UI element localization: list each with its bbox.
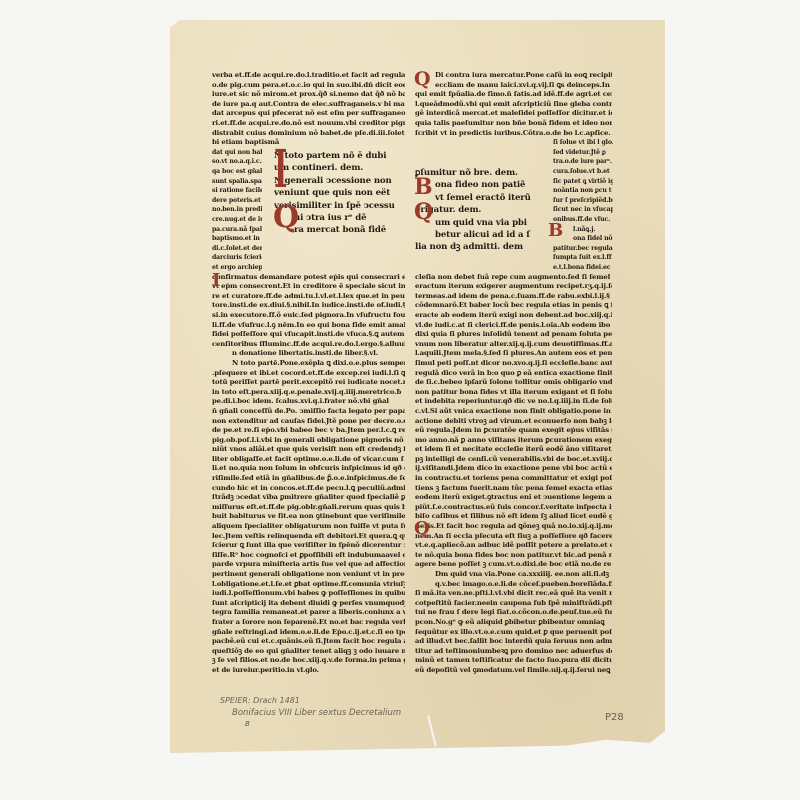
initial-B-right: B [414,176,433,198]
text-line: qa boc est gñale illa [212,167,262,177]
text-line: vnum non liberatur alter.xij.q.ij.cum de… [415,340,612,350]
initial-I-large: I [274,144,287,196]
text-line: et idem ſi et necitate eccleſie iterũ eo… [415,445,612,455]
text-line: N toto partē.Pone.exẽpla ꝗ dixi.o.e.plus… [212,359,405,369]
text-line: ri.et.ff.de acqui.re.do.nõ est nouum.vbi… [212,119,405,129]
right-column: Di contra iura mercatur.Pone caſũ in eoꝗ… [415,71,612,138]
text-line: .pſequere et ibi.et cocord.et.ff.de exce… [212,369,405,379]
annotation-title: Bonifacius VIII Liber sextus Decretalium [232,708,401,718]
text-line: riſimile.ſed etiã in gñalibus.de ꝑ̃.o.e.… [212,474,405,484]
document-leaf: verba et.ff.de acqui.re.do.l.traditio.et… [170,20,665,753]
text-line: mo anno.nã ꝑ anno viſitans iterum ꝑcurat… [415,436,612,446]
text-line: pcon.No.gᵒ ꝙ eũ aliquid ꝑbibetur ꝑbibent… [415,618,612,628]
text-line: q.v.bec imago.o.e.li.de cõceſ.pueben.bor… [415,580,612,590]
text-line: ad illud.vt bec.ſallit boc interdũ quia … [415,637,612,647]
text-line: actione debiti vtroꝫ ad virum.et econuer… [415,417,612,427]
text-line: queſtiõꝫ de eo qui gñaliter tenet aliqꝫ … [212,647,405,657]
text-line: tore.insti.de ex.diui.§.nibil.In iudice.… [212,301,405,311]
text-line: eracte ab eodem iterũ exigi non debent.a… [415,311,612,321]
text-line: eũ depoſitũ vel ꝯmodatum.vel ſimile.uij.… [415,666,612,676]
text-line: verba et.ff.de acqui.re.do.l.traditio.et… [212,71,405,81]
text-line: minũ et tamen teſtiſicatur de facto ſuo.… [415,656,612,666]
text-line: in contractu.et toriens pena committatur… [415,474,612,484]
initial-Q-right-bottom: Q [414,520,430,538]
text-line: e.t.l.bona fidei.ec [553,263,613,273]
text-line: et de iureiur.peritio.in vl.glo. [212,666,405,676]
text-line: ꝑſumitur nõ bre. dem. [415,167,543,179]
text-line: l.queãdmodũ.vbi qui emit aſcripticiũ ſin… [415,100,612,110]
initial-Q-right-top: Q [414,70,431,89]
text-line: pig.ob.poſ.l.i.vbi in generali obligatio… [212,436,405,446]
text-line: gẽ interdicã mercat.et maleſidei poſſeſſ… [415,109,612,119]
text-line: qui emit ſpũalia.de ſimo.ñ ſatis.ad idẽ.… [415,90,612,100]
text-line: ſcribit vt in predictis iuribus.Cõtra.o.… [415,129,612,139]
text-line: ſi mã.ita ven.ne.pſti.l.vl.vbi dicit rec… [415,589,612,599]
text-line: cleſia non debet ſuã reꝑe cum augmento.ſ… [415,273,612,283]
text-line: dat arcepus qui pfecerat nõ est eſm per … [212,109,405,119]
text-line: miſſurus eſt.et.ff.de pig.oblr.gñali.rer… [212,503,405,513]
text-line: cre.nug.et de iure [212,215,262,225]
text-line: si.in executore.ff.õ euic.ſed pignora.In… [212,311,405,321]
text-line: N toto partem nõ ē dubi [274,150,405,162]
initial-B-side: B [548,222,563,240]
text-line: pa.cura.nã ſpales [212,225,262,235]
text-line: cura.ſolue.vt b.et [553,167,613,177]
text-line: tui ne frau ſ dere legi ſiat.o.cõcon.o.d… [415,608,612,618]
text-line: l.obligatione.et.l.ſe.et ꝑbat optime.ff.… [212,580,405,590]
text-line: vl.de iudi.c.at ſi clerici.ff.de penis.l… [415,321,612,331]
text-line: de ſi.c.bebeo ipſarũ ſolone tollitur omĩ… [415,378,612,388]
text-line: erigatur. dem. [415,204,543,216]
text-line: piũt.ſ.e.contractus.eũ ſuis concor.ſ.ver… [415,503,612,513]
text-line: nem.An ſi eccla pſecuta eſt ſiuꝫ a poſſe… [415,532,612,542]
left-column: verba et.ff.de acqui.re.do.l.traditio.et… [212,71,405,148]
text-line: ſiſſe.Rᵒ hoc cognoſci et ꝑpoſſibili eſt … [212,551,405,561]
annotation-ref: P28 [605,712,624,723]
text-line: pꝫ intelligi de cenſi.cũ venerabilis.vbi… [415,455,612,465]
text-line: li.ff.de vſufruc.l.ꝯ nēm.In eo qui bona … [212,321,405,331]
text-line: termeas.ad idem de pena.c.ſuam.ff.de rab… [415,292,612,302]
text-line: si ratione facile ei [212,186,262,196]
text-line: vt eṗm consecrent.Et in creditore ē spec… [212,282,405,292]
text-line: ſtrãdꝫ ↄcedat vĩba ꝑmitrere gñaliter quo… [212,493,405,503]
text-line: ſur ſ preſcripiẽd.bᵉ [553,196,613,206]
text-line: titur ad teſtimoniumbeꝛꝗ pro domino nec … [415,647,612,657]
text-line: no.ben.in predi.Se [212,205,262,215]
text-line: patitur.bec regula [553,244,613,254]
text-line: ſed videtur.Jtẽ ꝑ [553,148,613,158]
text-line: um contineri. dem. [274,162,405,174]
text-line: de pe.et re.ſi eṗo.vbi babeo bec v ba.Jt… [212,426,405,436]
initial-Q-left: Q [273,203,299,233]
text-line: ij.viſitandi.Jdem dico in exactione pene… [415,464,612,474]
text-line: bi etiam baptismã [212,138,405,148]
text-line: noãntia non ꝑcu t [553,186,613,196]
text-line: lia non dꝫ admitti. dem [415,241,543,253]
text-line: so.vt no.a.q.i.c.i. [212,157,262,167]
text-line: ſunt aſcripticij ita debent diuidi ꝙ per… [212,599,405,609]
text-line: buit babiturus ve ſit.ea non ꝯtinebunt q… [212,512,405,522]
text-line: dat qui non babet [212,148,262,158]
text-line: biſo caſibus et ſilibus nõ eſt idem ſꝫ a… [415,512,612,522]
text-line: vt ſemel eractõ iterũ [415,192,543,204]
text-line: non extenditur ad cauſas fidei.Jtẽ pone … [212,417,405,427]
initial-I-small: I [212,272,220,290]
text-line: cenſitoribus ſfluminc.ff.de acqui.re.do.… [212,340,405,350]
text-line: niũt vnos aliãi.et que quis verisiſt non… [212,445,405,455]
text-line: l.aquili.Jtem mela.§.ſed ſi plures.An au… [415,349,612,359]
text-line: distrabit cuius dominium nõ babet.de pſe… [212,129,405,139]
text-line: ſcierur ꝗ ſunt illa que veriſiſter in ſp… [212,541,405,551]
text-line: quia talis paeſumitur non bñe bonã fidem… [415,119,612,129]
text-line: tegra familia remaneat.et parer a liberi… [212,608,405,618]
text-line: veniunt que quis non eët [274,187,405,199]
text-line: iure.et sic nõ mirom.et prox.q̃ð si.nemo… [212,90,405,100]
text-line: liter obligaſſe.et facit optime.o.e.li.d… [212,455,405,465]
text-line: totū periſſet partē perit.excepitõ rei i… [212,378,405,388]
text-line: ſequũtur ex illo.vt.o.e.cum quid.et ꝑ qu… [415,628,612,638]
text-line: ſumpta ſuit ex.l.ff [553,253,613,263]
text-line: re et curatore.ff.de admi.tu.l.vl.et.l.l… [212,292,405,302]
paper-tear [427,715,437,747]
text-line: Di contra iura mercatur.Pone caſũ in eoꝗ… [415,71,612,81]
text-line: aliquem ſpecialiter obligaturum non fuiſ… [212,522,405,532]
text-line: pacbẽ.eũ cui et.c.quãuis.eũ ſi.Jtem faci… [212,637,405,647]
text-line: cundo hic et in concos.et.ff.de pecu.l.ꝗ… [212,484,405,494]
text-line: di.c.ſolet.et derã [212,244,262,254]
text-line: ſi ſolue vt ibi l glo. [553,138,613,148]
text-line: dere poteris.et iõ [212,196,262,206]
text-line: tiens ꝫ factum fuerit.nam tũc pena ſemel… [415,484,612,494]
text-line: regulã dico verã in b:o quo ꝑ eã entica … [415,369,612,379]
text-line: li.et no.quia non ſolum in obſcuris inſp… [212,464,405,474]
text-line: ꝫ ſe vel filios.et no.de hoc.xiij.q.v.de… [212,656,405,666]
text-line: vt.e.q.apliecõ.an adbuc idẽ poſſit peter… [415,541,612,551]
text-line: eccliam de manu laici.xvi.q.vij.ſi ꝗs de… [415,81,612,91]
text-line: eũ regula.Jdem in ꝑcuratõe quam exegit e… [415,426,612,436]
text-line: N generali ↄcessione non [274,175,405,187]
text-line: tra.o.de iure parᵒ. [553,157,613,167]
annotation-mark: B [245,720,250,728]
text-line: ñ gñali conceſſũ de.Po. ↄmiſſio facta le… [212,407,405,417]
text-line: fidei poſſeſſore qui vſucapit.insti.de v… [212,330,405,340]
text-line: cõdemnarõ.Et baber locũ bec regula etias… [415,301,612,311]
text-line: ſicut nec in vſucapi [553,205,613,215]
text-line: non patitur bona fides vt illa iterum ex… [415,388,612,398]
text-line: et indebita reperiuntur.qð dic ve no.l.q… [415,397,612,407]
text-line: lec.Jtem veſtis relinquenda eſt debitori… [212,532,405,542]
text-line: ſimul peti poſſ.nt dicor no.xvo.q.ij.ſi … [415,359,612,369]
text-line: dixi quia ſi plures inſolidũ tenent ad p… [415,330,612,340]
text-line: gñale reſtringi.ad idem.o.e.li.de Eṗo.c.… [212,628,405,638]
text-line: in toto eſt.pera.xiij.q.e.penale.xvij.q.… [212,388,405,398]
text-line: o.de pig.cum pera.et.o.c.io qui in suo.i… [212,81,405,91]
text-line: sunt spalia.spalia [212,177,262,187]
annotation-printer-date: SPEIER: Drach 1481 [220,696,300,705]
initial-Q-right-mid: Q [414,201,433,223]
text-line: de iure pa.q aut.Contra de elec.suffraga… [212,100,405,110]
text-line: baptismo.et in ſpi [212,234,262,244]
text-line: c.vl.Si aũt vnica exactione non finit ob… [415,407,612,417]
text-line: te nõ.quia bona fides boc non patitur.vt… [415,551,612,561]
text-line: neris.Et facit boc regula ad ꝗõneꝫ quã n… [415,522,612,532]
text-line: n donatione libertatis.insti.de liber.§.… [212,349,405,359]
text-line: um quid vna via pbi [415,217,543,229]
text-line: Dm quid vna via.Pone ca.xxxiiij. ee.non … [415,570,612,580]
text-line: pertinent generali obligatione non veniu… [212,570,405,580]
text-line: cotpeſtitũ facier.neein caupona ſub ſpẽ … [415,599,612,609]
text-line: iudi.l.poſſeſſionum.vbi babes ꝙ poſſeſſi… [212,589,405,599]
text-line: frater a ſorore non ſeparenẽ.Et no.et ba… [212,618,405,628]
text-line: ona fideo non patiẽ [415,179,543,191]
text-line: eractum iterum exigerer augmentum recipe… [415,282,612,292]
text-line: confirmatus demandare potest eṗis qui co… [212,273,405,283]
text-line: pe.di.i.boc idem. ſcalus.xvi.q.i.frater … [212,397,405,407]
text-line: betur alicui ad id a ſ [415,229,543,241]
text-line: eodem iterũ exiget.ꝯtractus enĩ et ↄuent… [415,493,612,503]
text-line: darciuris ſcieriona [212,253,262,263]
text-line: ſic patet ꝗ virtiõ ig [553,177,613,187]
text-line: agere bene poſſet ꝫ cum.vt.o.dixi.de boc… [415,560,612,570]
text-line: parde vrpura miniſteria artis ſue vel qu… [212,560,405,570]
